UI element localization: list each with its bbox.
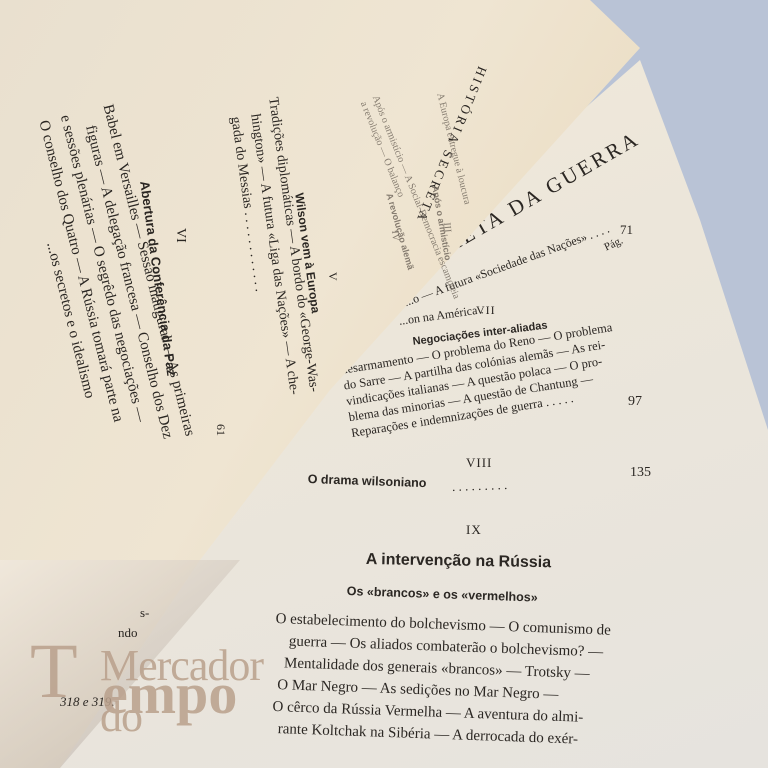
fold-roman-v: V: [325, 272, 340, 281]
fold-roman-vi: VI: [172, 228, 188, 243]
page-number: 61: [213, 424, 228, 436]
section-title-ix: A intervenção na Rússia: [366, 551, 552, 572]
section-roman-vii: VII: [476, 303, 496, 318]
dot-leader: . . . . . . . . .: [452, 477, 508, 495]
fold-fragment: ndo: [118, 625, 138, 641]
page-number: 97: [628, 394, 642, 410]
page-number: 71: [620, 222, 633, 238]
watermark-initial: T: [30, 626, 78, 716]
section-roman-ix: IX: [466, 522, 482, 538]
section-roman-viii: VIII: [466, 455, 492, 471]
section-body-ix: O estabelecimento do bolchevismo — O com…: [271, 608, 611, 752]
photo-scene: SECRETA DA GUERRA Pág. ...o — A futura «…: [0, 0, 768, 768]
page-number: 135: [630, 465, 651, 481]
watermark-line2: empo: [102, 660, 237, 727]
fold-roman: III: [441, 222, 453, 233]
fold-fragment: s-: [140, 605, 149, 621]
